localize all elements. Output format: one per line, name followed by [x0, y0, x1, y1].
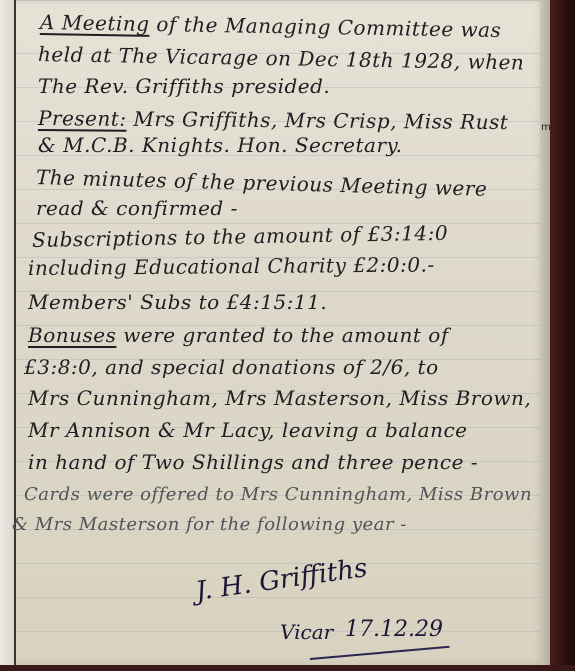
signature-title: Vicar: [280, 620, 333, 644]
minute-line: in hand of Two Shillings and three pence…: [28, 450, 478, 474]
signature-date: 17.12.29: [345, 617, 443, 642]
minute-line: Bonuses were granted to the amount of: [28, 323, 449, 347]
minute-line: Cards were offered to Mrs Cunningham, Mi…: [24, 484, 532, 505]
margin-mark: m: [541, 122, 551, 133]
minute-line: Members' Subs to £4:15:11.: [28, 290, 327, 314]
minute-line: £3:8:0, and special donations of 2/6, to: [24, 355, 439, 379]
book-cover: [550, 0, 575, 671]
page-stack-edge: [540, 0, 550, 665]
minute-line: Mrs Cunningham, Mrs Masterson, Miss Brow…: [28, 386, 531, 410]
book-cover-bottom: [0, 665, 575, 671]
minute-line: including Educational Charity £2:0:0.-: [28, 252, 435, 280]
minute-line: Mr Annison & Mr Lacy, leaving a balance: [28, 418, 468, 442]
minute-line: & M.C.B. Knights. Hon. Secretary.: [38, 133, 403, 157]
minute-line: The Rev. Griffiths presided.: [38, 74, 330, 98]
minute-line: read & confirmed -: [36, 196, 238, 220]
minute-line: Present: Mrs Griffiths, Mrs Crisp, Miss …: [38, 106, 509, 134]
minute-line: & Mrs Masterson for the following year -: [12, 514, 407, 535]
